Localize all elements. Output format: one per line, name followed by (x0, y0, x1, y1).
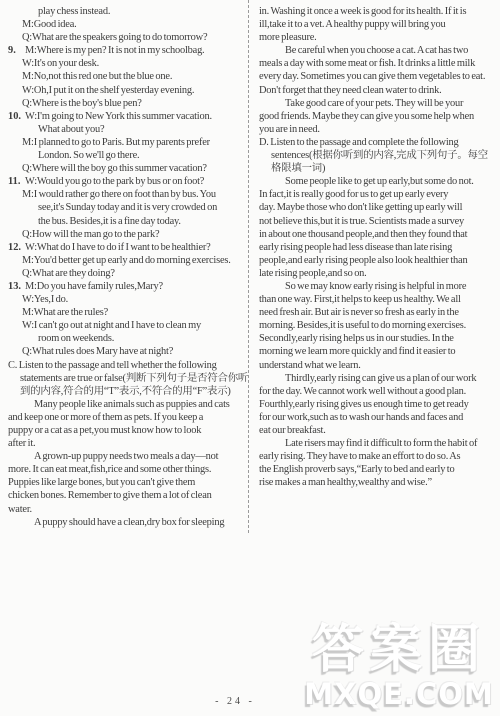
text-line: and keep one or more of them as pets. If… (8, 411, 248, 424)
text-line: C. Listen to the passage and tell whethe… (8, 359, 248, 372)
text-line: M:Good idea. (8, 18, 248, 31)
text-line: early rising. They have to make an effor… (259, 450, 497, 463)
text-line: W:It's on your desk. (8, 57, 248, 70)
watermark-site-text: MXQE.COM (304, 678, 494, 710)
watermark-brand-text: 答案圈 (304, 622, 494, 678)
text-line: Some people like to get up early,but som… (259, 175, 497, 188)
text-line: people,and early rising people also look… (259, 254, 497, 267)
right-column: in. Washing it once a week is good for i… (259, 5, 497, 489)
text-line: D. Listen to the passage and complete th… (259, 136, 497, 149)
text-line: Take good care of your pets. They will b… (259, 97, 497, 110)
text-line: day. Maybe those who don't like getting … (259, 201, 497, 214)
text-line: 11.W:Would you go to the park by bus or … (8, 175, 248, 188)
column-divider (248, 0, 249, 533)
text-line: What about you? (8, 123, 248, 136)
text-line: early rising people had less disease tha… (259, 241, 497, 254)
text-line: M:You'd better get up early and do morni… (8, 254, 248, 267)
item-number: 9. (8, 44, 25, 57)
text-line: for our work,such as to wash our hands a… (259, 411, 497, 424)
text-line: So we may know early rising is helpful i… (259, 280, 497, 293)
text-line: late rising people,and so on. (259, 267, 497, 280)
text-line: 9.M:Where is my pen? It is not in my sch… (8, 44, 248, 57)
text-line: than one way. First,it helps to keep us … (259, 293, 497, 306)
text-line: see,it's Sunday today and it is very cro… (8, 201, 248, 214)
left-column: play chess instead.M:Good idea.Q:What ar… (8, 5, 248, 529)
text-line: Thirdly,early rising can give us a plan … (259, 372, 497, 385)
text-line: Q:What are they doing? (8, 267, 248, 280)
text-line: not believe this,but it is true. Scienti… (259, 215, 497, 228)
text-line: A puppy should have a clean,dry box for … (8, 516, 248, 529)
text-line: Puppies like large bones, but you can't … (8, 476, 248, 489)
text-line: 12.W:What do I have to do if I want to b… (8, 241, 248, 254)
text-line: In fact,it is really good for us to get … (259, 188, 497, 201)
text-line: water. (8, 503, 248, 516)
text-line: in. Washing it once a week is good for i… (259, 5, 497, 18)
text-line: rise makes a man healthy,wealthy and wis… (259, 476, 497, 489)
text-line: Late risers may find it difficult to for… (259, 437, 497, 450)
text-line: M:I planned to go to Paris. But my paren… (8, 136, 248, 149)
text-line: in about one thousand people,and then th… (259, 228, 497, 241)
text-line: W:Oh,I put it on the shelf yesterday eve… (8, 84, 248, 97)
text-line: Secondly,early rising helps us in our st… (259, 332, 497, 345)
text-line: more. It can eat meat,fish,rice and some… (8, 463, 248, 476)
item-number: 12. (8, 241, 25, 254)
text-line: 格限填一词) (259, 162, 497, 175)
text-line: Q:Where is the boy's blue pen? (8, 97, 248, 110)
text-line: A grown-up puppy needs two meals a day—n… (8, 450, 248, 463)
item-number: 10. (8, 110, 25, 123)
text-line: W:I can't go out at night and I have to … (8, 319, 248, 332)
text-line: M:What are the rules? (8, 306, 248, 319)
page-number: - 24 - (185, 696, 285, 707)
text-line: Q:What rules does Mary have at night? (8, 345, 248, 358)
text-line: need fresh air. But air is never so fres… (259, 306, 497, 319)
text-line: M:I would rather go there on foot than b… (8, 188, 248, 201)
text-line: you are in need. (259, 123, 497, 136)
text-line: every day. Sometimes you can give them v… (259, 70, 497, 83)
text-line: W:Yes,I do. (8, 293, 248, 306)
text-line: Q:What are the speakers going to do tomo… (8, 31, 248, 44)
text-line: morning. Besides,it is useful to do morn… (259, 319, 497, 332)
text-line: Don't forget that they need clean water … (259, 84, 497, 97)
text-line: for the day. We cannot work well without… (259, 385, 497, 398)
text-line: play chess instead. (8, 5, 248, 18)
item-number: 13. (8, 280, 25, 293)
text-line: Be careful when you choose a cat. A cat … (259, 44, 497, 57)
text-line: M:No,not this red one but the blue one. (8, 70, 248, 83)
text-line: morning we learn more quickly and find i… (259, 345, 497, 358)
text-line: eat our breakfast. (259, 424, 497, 437)
watermark: 答案圈 MXQE.COM (304, 622, 494, 710)
text-line: Many people like animals such as puppies… (8, 398, 248, 411)
text-line: after it. (8, 437, 248, 450)
text-line: the English proverb says,“Early to bed a… (259, 463, 497, 476)
text-line: understand what we learn. (259, 359, 497, 372)
text-line: Q:How will the man go to the park? (8, 228, 248, 241)
text-line: meals a day with some meat or fish. It d… (259, 57, 497, 70)
text-line: 到的内容,符合的用“T”表示,不符合的用“F”表示) (8, 385, 248, 398)
text-line: good friends. Maybe they can give you so… (259, 110, 497, 123)
text-line: ill,take it to a vet. A healthy puppy wi… (259, 18, 497, 31)
item-number: 11. (8, 175, 25, 188)
text-line: the bus. Besides,it is a fine day today. (8, 215, 248, 228)
text-line: sentences(根据你听到的内容,完成下列句子。每空 (259, 149, 497, 162)
text-line: more pleasure. (259, 31, 497, 44)
text-line: 10.W:I'm going to New York this summer v… (8, 110, 248, 123)
text-line: London. So we'll go there. (8, 149, 248, 162)
book-page: play chess instead.M:Good idea.Q:What ar… (0, 0, 500, 716)
text-line: Q:Where will the boy go this summer vaca… (8, 162, 248, 175)
text-line: room on weekends. (8, 332, 248, 345)
text-line: puppy or a cat as a pet,you must know ho… (8, 424, 248, 437)
text-line: Fourthly,early rising gives us enough ti… (259, 398, 497, 411)
text-line: chicken bones. Remember to give them a l… (8, 489, 248, 502)
text-line: 13.M:Do you have family rules,Mary? (8, 280, 248, 293)
text-line: statements are true or false(判断下列句子是否符合你… (8, 372, 248, 385)
